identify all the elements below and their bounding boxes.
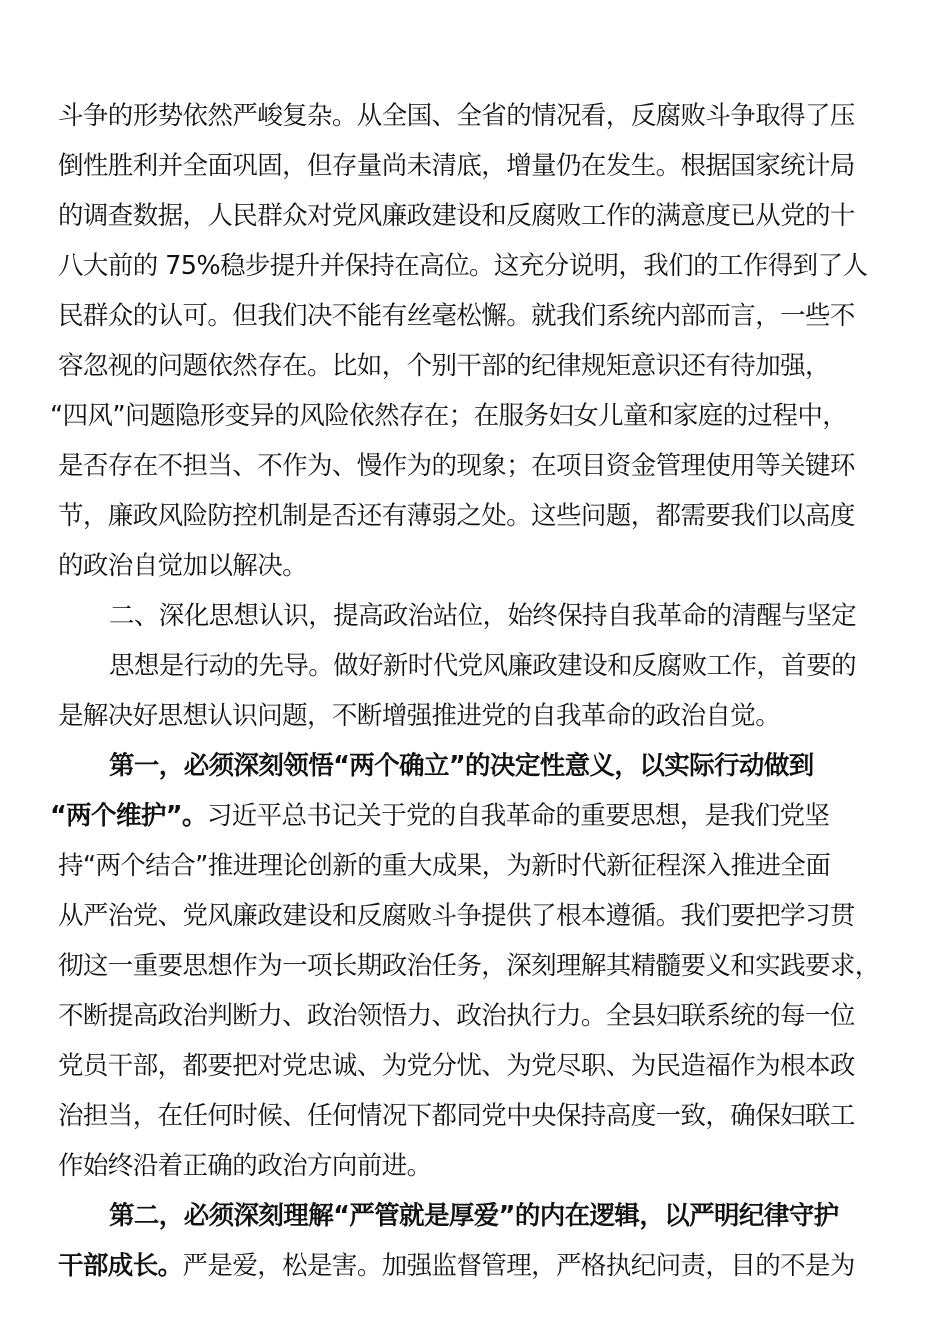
paragraph-second-point: 第二，必须深刻理解“严管就是厚爱”的内在逻辑，以严明纪律守护 干部成长。严是爱，… xyxy=(58,1191,898,1291)
text-line: 干部成长。严是爱，松是害。加强监督管理，严格执纪问责，目的不是为 xyxy=(58,1241,898,1291)
text-line: 从严治党、党风廉政建设和反腐败斗争提供了根本遵循。我们要把学习贯 xyxy=(58,891,898,941)
paragraph-first-point: 第一，必须深刻领悟“两个确立”的决定性意义，以实际行动做到 “两个维护”。习近平… xyxy=(58,741,898,1191)
text-line: 斗争的形势依然严峻复杂。从全国、全省的情况看，反腐败斗争取得了压 xyxy=(58,91,898,141)
text-line: 八大前的 75%稳步提升并保持在高位。这充分说明，我们的工作得到了人 xyxy=(58,241,898,291)
text-line: 的调查数据，人民群众对党风廉政建设和反腐败工作的满意度已从党的十 xyxy=(58,191,898,241)
text-line: “两个维护”。习近平总书记关于党的自我革命的重要思想，是我们党坚 xyxy=(50,791,898,841)
text-line: 节，廉政风险防控机制是否还有薄弱之处。这些问题，都需要我们以高度 xyxy=(58,491,898,541)
bold-lead-text: 干部成长。 xyxy=(58,1251,183,1281)
text-line: 治担当，在任何时候、任何情况下都同党中央保持高度一致，确保妇联工 xyxy=(58,1091,898,1141)
text-line: “四风”问题隐形变异的风险依然存在；在服务妇女儿童和家庭的过程中， xyxy=(50,391,898,441)
text-line: 思想是行动的先导。做好新时代党风廉政建设和反腐败工作，首要的 xyxy=(58,641,898,691)
bold-lead-text: “两个维护”。 xyxy=(50,801,207,831)
paragraph-situation: 斗争的形势依然严峻复杂。从全国、全省的情况看，反腐败斗争取得了压 倒性胜利并全面… xyxy=(58,91,898,591)
bold-lead-line: 第二，必须深刻理解“严管就是厚爱”的内在逻辑，以严明纪律守护 xyxy=(58,1191,898,1241)
text-line: 民群众的认可。但我们决不能有丝毫松懈。就我们系统内部而言，一些不 xyxy=(58,291,898,341)
text-line: 是解决好思想认识问题，不断增强推进党的自我革命的政治自觉。 xyxy=(58,691,898,741)
bold-lead-line: 第一，必须深刻领悟“两个确立”的决定性意义，以实际行动做到 xyxy=(58,741,898,791)
body-text: 习近平总书记关于党的自我革命的重要思想，是我们党坚 xyxy=(207,801,830,831)
section-heading: 二、深化思想认识，提高政治站位，始终保持自我革命的清醒与坚定 xyxy=(58,591,898,641)
section-heading-text: 二、深化思想认识，提高政治站位，始终保持自我革命的清醒与坚定 xyxy=(58,591,898,641)
text-line: 容忽视的问题依然存在。比如，个别干部的纪律规矩意识还有待加强， xyxy=(58,341,898,391)
document-page: 斗争的形势依然严峻复杂。从全国、全省的情况看，反腐败斗争取得了压 倒性胜利并全面… xyxy=(58,91,898,1291)
text-line: 党员干部，都要把对党忠诚、为党分忧、为党尽职、为民造福作为根本政 xyxy=(58,1041,898,1091)
text-line: 是否存在不担当、不作为、慢作为的现象；在项目资金管理使用等关键环 xyxy=(58,441,898,491)
text-line: 彻这一重要思想作为一项长期政治任务，深刻理解其精髓要义和实践要求， xyxy=(58,941,898,991)
text-line: 持“两个结合”推进理论创新的重大成果，为新时代新征程深入推进全面 xyxy=(58,841,898,891)
text-line: 不断提高政治判断力、政治领悟力、政治执行力。全县妇联系统的每一位 xyxy=(58,991,898,1041)
text-line: 的政治自觉加以解决。 xyxy=(58,541,898,591)
text-line: 作始终沿着正确的政治方向前进。 xyxy=(58,1141,898,1191)
body-text: 严是爱，松是害。加强监督管理，严格执纪问责，目的不是为 xyxy=(183,1251,855,1281)
text-line: 倒性胜利并全面巩固，但存量尚未清底，增量仍在发生。根据国家统计局 xyxy=(58,141,898,191)
paragraph-thought-guidance: 思想是行动的先导。做好新时代党风廉政建设和反腐败工作，首要的 是解决好思想认识问… xyxy=(58,641,898,741)
